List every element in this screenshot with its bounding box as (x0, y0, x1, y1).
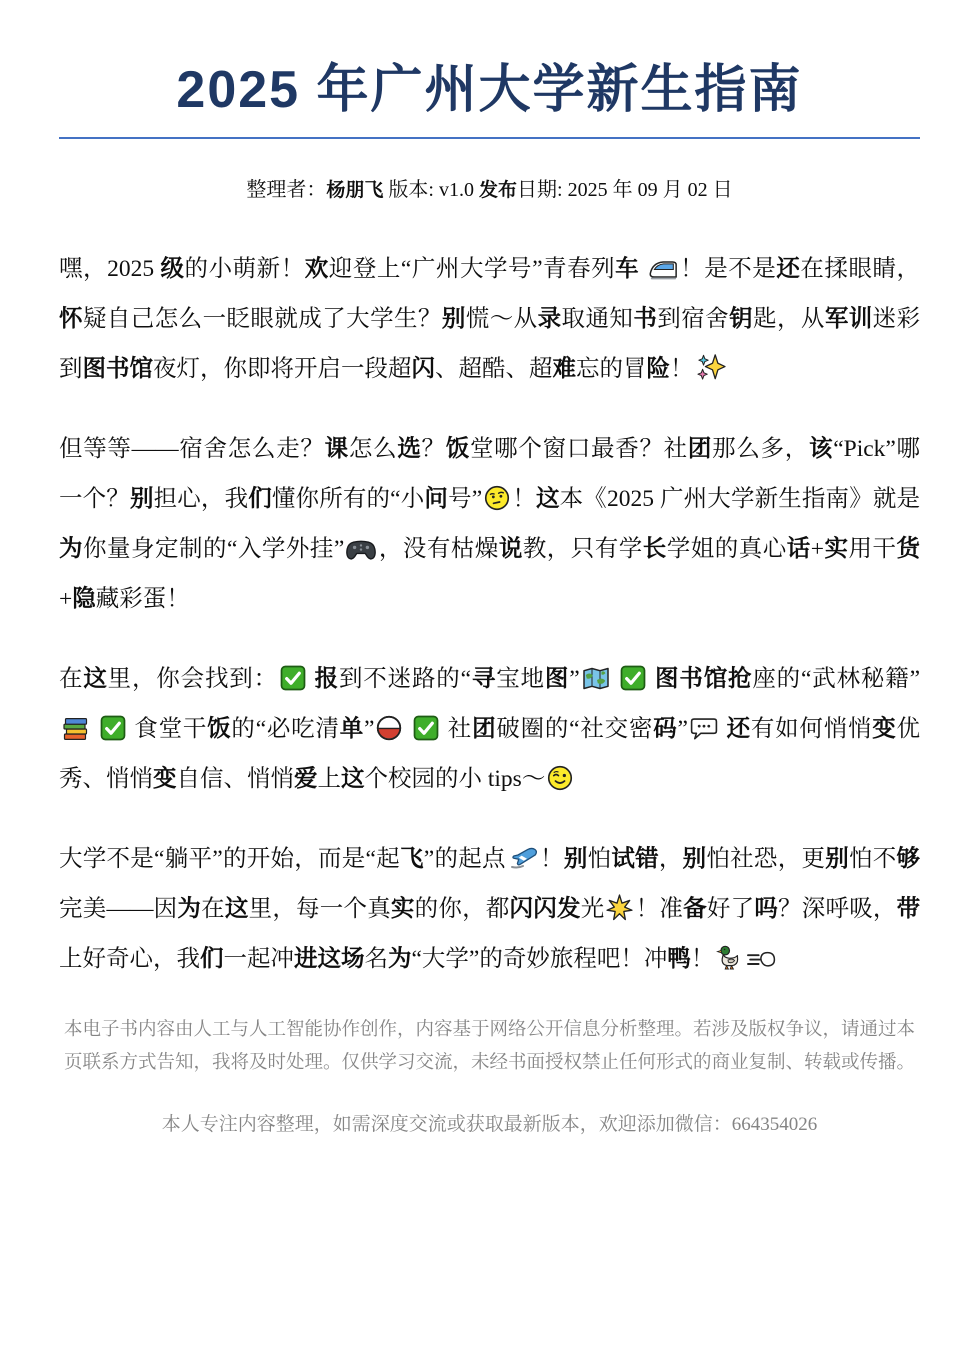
rice-bowl-icon (376, 715, 402, 741)
text-run: ”的起点 (424, 846, 506, 872)
bold-text-run: 备 (683, 895, 707, 921)
map-icon (582, 666, 610, 691)
bold-text-run: 闪 (412, 355, 436, 381)
bold-text-run: 别 (683, 845, 707, 871)
bold-text-run: 为 (388, 945, 412, 971)
text-run: 夜灯，你即将开启一段超 (153, 356, 412, 382)
text-run: 的你，都 (415, 896, 510, 922)
text-run: + (811, 536, 824, 562)
text-run: 本《2025 广州大学新生指南》就是 (560, 486, 920, 512)
text-run: 但等等——宿舍怎么走？ (59, 436, 325, 462)
bold-text-run: 图书馆抢 (655, 665, 752, 691)
bold-text-run: 飞 (400, 845, 424, 871)
bold-text-run: 怀 (59, 305, 83, 331)
text-run: 的“必吃清 (231, 716, 339, 742)
text-run: 的小萌新！ (185, 256, 305, 282)
text-run: 迎登上“广州大学号”青春列 (329, 256, 615, 282)
bold-text-run: 这 (83, 665, 107, 691)
text-run: 嘿，2025 (59, 256, 161, 282)
check-icon (620, 665, 646, 691)
bold-text-run: 车 (615, 255, 639, 281)
text-run: 社 (441, 716, 472, 742)
bold-text-run: 别 (825, 845, 849, 871)
text-run: 怕社恐，更 (706, 846, 825, 872)
text-run: ！ (691, 946, 715, 972)
text-run: 完美——因 (59, 896, 177, 922)
bold-text-run: 选 (397, 435, 421, 461)
bold-text-run: 鸭 (667, 945, 691, 971)
text-run: 自信、悄悄 (177, 766, 295, 792)
bold-text-run: 为 (177, 895, 201, 921)
bold-text-run: 难 (553, 355, 577, 381)
text-run: 里，你会找到： (108, 666, 278, 692)
bold-text-run: 实 (391, 895, 415, 921)
text-run: 日期: 2025 年 09 月 02 日 (517, 179, 733, 201)
text-run (404, 716, 411, 742)
check-icon (280, 665, 306, 691)
text-run: 担心，我 (154, 486, 249, 512)
text-run: 座的“武林秘籍” (752, 666, 920, 692)
text-run: 在 (201, 896, 225, 922)
page-title: 2025 年广州大学新生指南 (59, 58, 920, 123)
text-run: 怕不 (849, 846, 897, 872)
text-run (91, 716, 98, 742)
bold-text-run: 录 (538, 305, 562, 331)
title-divider (59, 137, 920, 139)
bold-text-run: 问 (424, 485, 448, 511)
bold-text-run: 们 (248, 485, 272, 511)
text-run: ！准 (635, 896, 683, 922)
thinking-face-icon (484, 485, 510, 511)
bold-text-run: 饭 (446, 435, 470, 461)
bold-text-run: 这 (225, 895, 249, 921)
check-icon (100, 715, 126, 741)
document-page: 2025 年广州大学新生指南 整理者：杨朋飞 版本: v1.0 发布日期: 20… (0, 0, 979, 1346)
bold-text-run: 说 (499, 535, 523, 561)
bold-text-run: 吗 (754, 895, 778, 921)
paragraph: 大学不是“躺平”的开始，而是“起飞”的起点！别怕试错，别怕社恐，更别怕不够完美—… (59, 834, 920, 984)
bold-text-run: 爱 (294, 765, 318, 791)
text-run: 教，只有学 (523, 536, 643, 562)
wink-face-icon (547, 765, 573, 791)
bold-text-run: 级 (161, 255, 185, 281)
text-run: ，没有枯燥 (378, 536, 498, 562)
text-run: ！ (540, 846, 564, 872)
bold-text-run: 团 (472, 715, 496, 741)
disclaimer-text: 本电子书内容由人工与人工智能协作创作，内容基于网络公开信息分析整理。若涉及版权争… (59, 1014, 920, 1080)
body-paragraphs: 嘿，2025 级的小萌新！欢迎登上“广州大学号”青春列车 ！是不是还在揉眼睛，怀… (59, 244, 920, 984)
bold-text-run: 军训 (825, 305, 873, 331)
bold-text-run: 隐 (72, 585, 96, 611)
text-run: ” (569, 666, 579, 692)
bold-text-run: 书 (633, 305, 657, 331)
text-run: 大学不是“躺平”的开始，而是“起 (59, 846, 400, 872)
text-run: ！ (512, 486, 536, 512)
paragraph: 在这里，你会找到： 报到不迷路的“寻宝地图” 图书馆抢座的“武林秘籍” 食堂干饭… (59, 654, 920, 804)
bold-text-run: 别 (564, 845, 588, 871)
text-run: + (59, 586, 72, 612)
text-run: 宝地 (496, 666, 545, 692)
text-run: ？深呼吸， (778, 896, 897, 922)
text-run: 慌～从 (466, 306, 538, 332)
bold-text-run: 变 (872, 715, 896, 741)
bold-text-run: 长 (643, 535, 667, 561)
game-controller-icon (346, 539, 376, 561)
bold-text-run: 码 (653, 715, 677, 741)
bold-text-run: 图书馆 (83, 355, 154, 381)
books-icon (61, 715, 89, 741)
bold-text-run: 这 (536, 485, 560, 511)
bold-text-run: 饭 (207, 715, 231, 741)
bold-text-run: 实 (824, 535, 849, 561)
bold-text-run: 杨朋飞 (326, 180, 383, 201)
bold-text-run: 还 (727, 715, 751, 741)
text-run: 在 (59, 666, 83, 692)
duck-icon (716, 944, 742, 971)
bold-text-run: 寻 (471, 665, 496, 691)
text-run: 堂哪个窗口最香？社 (470, 436, 688, 462)
text-run: 怎么 (349, 436, 397, 462)
bold-text-run: 试错 (611, 845, 659, 871)
bold-text-run: 们 (200, 945, 224, 971)
bold-text-run: 闪闪发 (510, 895, 581, 921)
text-run: 匙，从 (753, 306, 825, 332)
text-run (612, 666, 619, 692)
bold-text-run: 险 (647, 355, 671, 381)
text-run: 懂你所有的“小 (272, 486, 425, 512)
text-run: 光 (581, 896, 605, 922)
bold-text-run: 图 (545, 665, 569, 691)
text-run: 名 (365, 946, 389, 972)
bold-text-run: 还 (776, 255, 800, 281)
bold-text-run: 发布 (479, 180, 517, 201)
text-run: 到不迷路的“ (339, 666, 471, 692)
bold-text-run: 别 (442, 305, 466, 331)
bold-text-run: 货 (897, 535, 921, 561)
text-run: 上好奇心，我 (59, 946, 200, 972)
text-run: 破圈的“社交密 (496, 716, 653, 742)
bold-text-run: 这 (341, 765, 365, 791)
bold-text-run: 带 (897, 895, 921, 921)
paragraph: 但等等——宿舍怎么走？课怎么选？饭堂哪个窗口最香？社团那么多，该“Pick”哪一… (59, 424, 920, 624)
doc-meta-line: 整理者：杨朋飞 版本: v1.0 发布日期: 2025 年 09 月 02 日 (59, 177, 920, 204)
text-run: 、超酷、超 (435, 356, 553, 382)
text-run: ？ (422, 436, 446, 462)
text-run: 学姐的真心 (667, 536, 787, 562)
text-run (639, 256, 645, 282)
text-run: 个校园的小 tips～ (365, 766, 546, 792)
bold-text-run: 单 (340, 715, 364, 741)
text-run: ！是不是 (680, 256, 777, 282)
text-run: 上 (318, 766, 342, 792)
text-run: 怕 (588, 846, 612, 872)
speech-bubble-icon (690, 716, 718, 741)
text-run (720, 716, 727, 742)
bold-text-run: 课 (325, 435, 349, 461)
glowing-star-icon (606, 894, 633, 921)
contact-text: 本人专注内容整理，如需深度交流或获取最新版本，欢迎添加微信：664354026 (59, 1109, 920, 1136)
text-run: 有如何悄悄 (751, 716, 872, 742)
text-run (308, 666, 315, 692)
text-run: 疑自己怎么一眨眼就成了大学生？ (83, 306, 442, 332)
text-run: 忘的冒 (576, 356, 647, 382)
text-run: “大学”的奇妙旅程吧！冲 (412, 946, 668, 972)
bold-text-run: 该 (809, 435, 833, 461)
bold-text-run: 够 (897, 845, 921, 871)
text-run: 取通知 (562, 306, 634, 332)
text-run: 到宿舍 (657, 306, 729, 332)
paragraph: 嘿，2025 级的小萌新！欢迎登上“广州大学号”青春列车 ！是不是还在揉眼睛，怀… (59, 244, 920, 394)
text-run: ， (659, 846, 683, 872)
text-run: 整理者： (246, 179, 326, 201)
text-run: 一起冲 (224, 946, 295, 972)
bold-text-run: 话 (787, 535, 811, 561)
text-run: 好了 (707, 896, 754, 922)
text-run: 在揉眼睛， (800, 256, 920, 282)
text-run: ” (364, 716, 374, 742)
bold-text-run: 钥 (729, 305, 753, 331)
bold-text-run: 别 (130, 485, 154, 511)
bold-text-run: 报 (315, 665, 339, 691)
text-run: 版本: v1.0 (383, 179, 479, 201)
text-run: 那么多， (712, 436, 809, 462)
text-run: 食堂干 (128, 716, 207, 742)
takeoff-plane-icon (508, 846, 538, 871)
text-run: ” (678, 716, 688, 742)
bold-text-run: 为 (59, 535, 83, 561)
bold-text-run: 团 (688, 435, 712, 461)
text-run: 藏彩蛋！ (96, 586, 190, 612)
check-icon (413, 715, 439, 741)
sparkles-icon (696, 353, 726, 381)
text-run: 用干 (849, 536, 897, 562)
text-run: 号” (448, 486, 482, 512)
bold-text-run: 欢 (305, 255, 329, 281)
dash-icon (746, 949, 776, 971)
text-run: 你量身定制的“入学外挂” (83, 536, 344, 562)
text-run: 里，每一个真 (249, 896, 391, 922)
train-icon (648, 258, 678, 281)
text-run: ！ (670, 356, 694, 382)
bold-text-run: 变 (153, 765, 177, 791)
bold-text-run: 进这场 (294, 945, 365, 971)
